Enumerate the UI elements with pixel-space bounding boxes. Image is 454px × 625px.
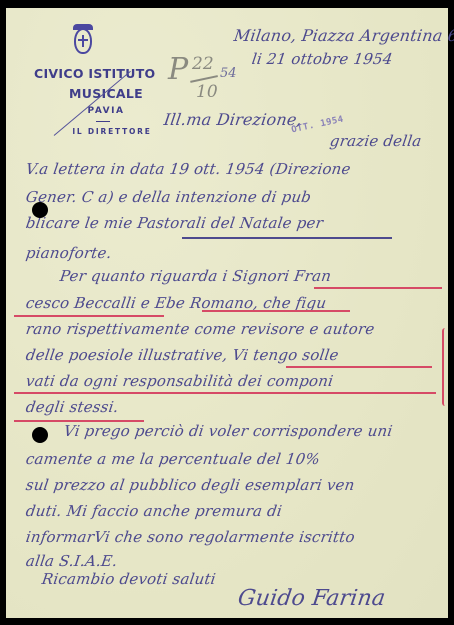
title-underline (182, 237, 392, 239)
body-line: grazie della (329, 132, 423, 150)
body-line: camente a me la percentuale del 10% (25, 450, 321, 468)
body-line: delle poesiole illustrative, Vi tengo so… (25, 346, 340, 364)
red-underline (14, 392, 436, 394)
body-line: Vi prego perciò di voler corrispondere u… (63, 422, 394, 440)
salutation: Ill.ma Direzione, (163, 110, 304, 129)
institution-name-2: MUSICALE (56, 86, 156, 101)
red-margin-bracket (442, 328, 450, 406)
body-line: rano rispettivamente come revisore e aut… (25, 320, 376, 338)
coat-of-arms-icon (74, 28, 92, 54)
body-line: sul prezzo al pubblico degli esemplari v… (25, 476, 356, 494)
letter-date: li 21 ottobre 1954 (251, 50, 394, 68)
red-underline (14, 315, 164, 317)
body-line: Per quanto riguarda i Signori Fran (59, 267, 333, 285)
body-line: blicare le mie Pastorali del Natale per (25, 214, 325, 232)
cross-icon (82, 35, 84, 47)
signature: Guido Farina (236, 586, 387, 611)
body-line: pianoforte. (25, 244, 113, 262)
body-line: V.a lettera in data 19 ott. 1954 (Direzi… (25, 160, 352, 178)
body-line: degli stessi. (25, 398, 120, 416)
body-line: duti. Mi faccio anche premura di (25, 502, 283, 520)
letter-page: CIVICO ISTITUTO MUSICALE PAVIA IL DIRETT… (6, 8, 448, 618)
punch-hole (32, 202, 48, 218)
red-underline (314, 287, 442, 289)
body-line: vati da ogni responsabilità dei componi (25, 372, 335, 390)
body-line: informarVi che sono regolarmente iscritt… (25, 528, 356, 546)
closing: Ricambio devoti saluti (41, 570, 217, 588)
letterhead-divider (96, 121, 110, 122)
pencil-number-top: 22 (192, 54, 214, 74)
body-line: Gener. C a) e della intenzione di pub (25, 188, 313, 206)
red-underline (202, 310, 350, 312)
pencil-number-bottom: 10 (196, 82, 218, 102)
sender-address: Milano, Piazza Argentina 6 (233, 26, 454, 45)
pencil-year: 54 (220, 66, 237, 81)
punch-hole (32, 427, 48, 443)
body-line: alla S.I.A.E. (25, 552, 119, 570)
institution-role: IL DIRETTORE (57, 127, 167, 136)
pencil-p-mark: P (168, 52, 188, 87)
red-underline (286, 366, 432, 368)
institution-name: CIVICO ISTITUTO (34, 66, 184, 81)
